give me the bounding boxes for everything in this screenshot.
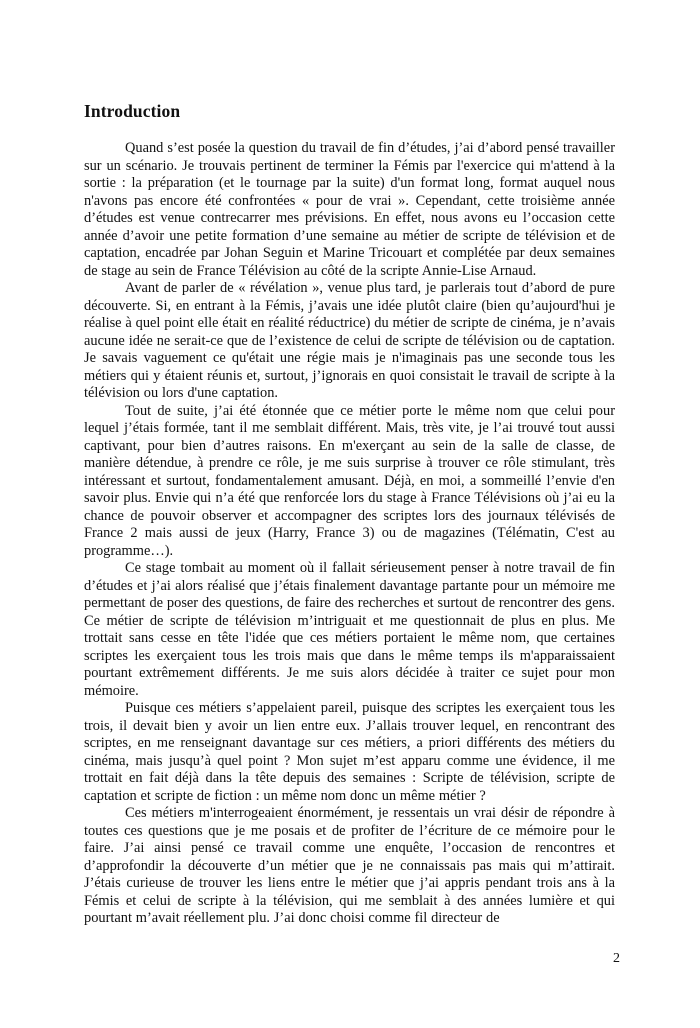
document-page: Introduction Quand s’est posée la questi…	[84, 100, 615, 928]
paragraph: Puisque ces métiers s’appelaient pareil,…	[84, 700, 615, 805]
page-number: 2	[600, 950, 620, 968]
paragraph: Quand s’est posée la question du travail…	[84, 140, 615, 280]
paragraph: Avant de parler de « révélation », venue…	[84, 280, 615, 403]
paragraph: Ce stage tombait au moment où il fallait…	[84, 560, 615, 700]
paragraph: Ces métiers m'interrogeaient énormément,…	[84, 805, 615, 928]
section-heading: Introduction	[84, 100, 615, 122]
paragraph: Tout de suite, j’ai été étonnée que ce m…	[84, 403, 615, 561]
